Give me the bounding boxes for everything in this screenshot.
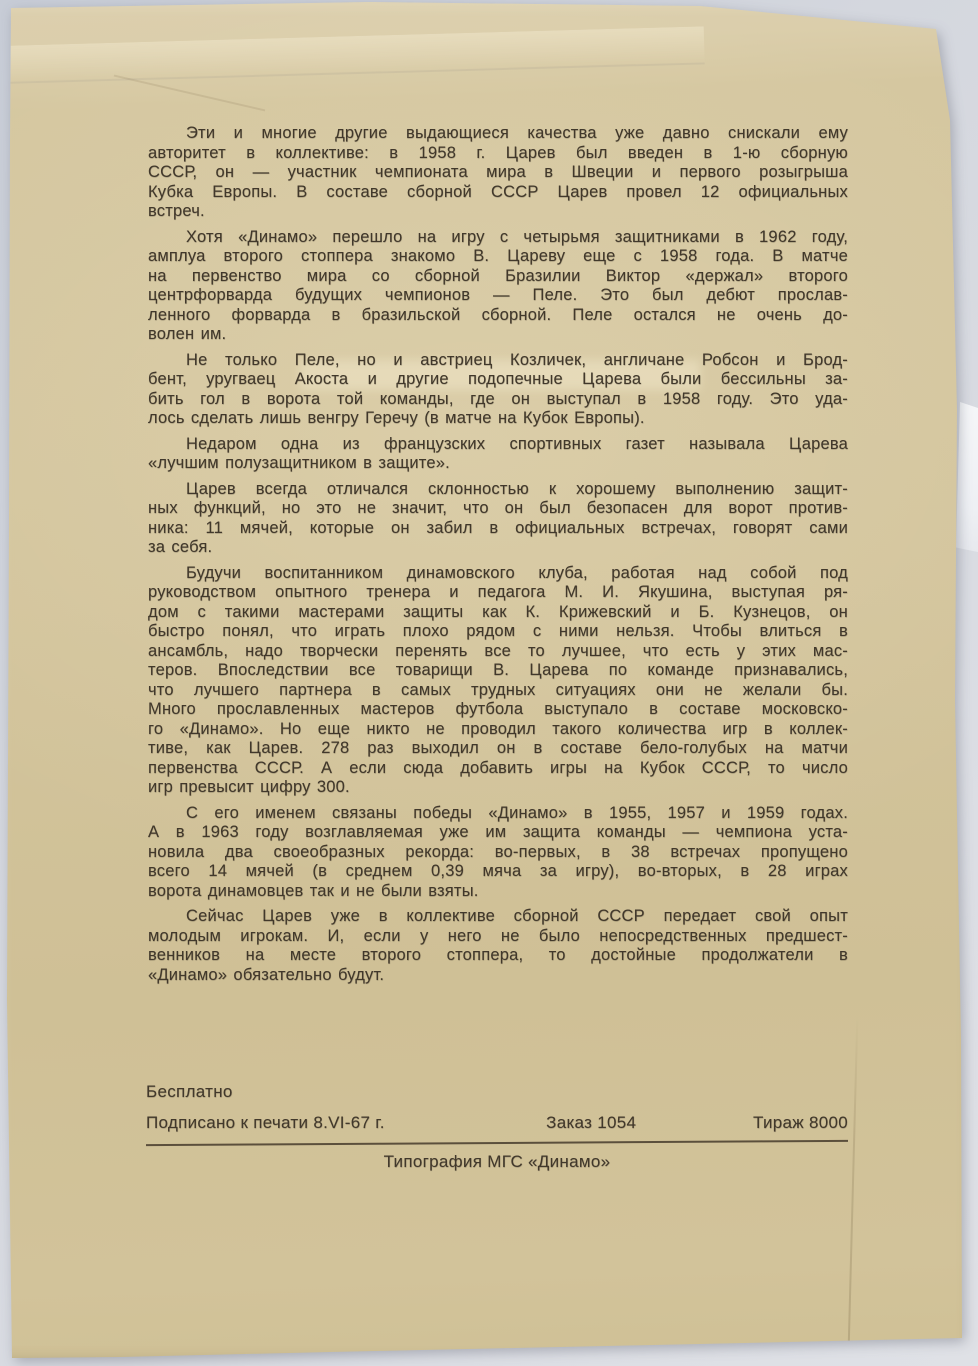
text-line: молодым игрокам. И, если у него не было … [148,927,848,947]
fold-crease-top [0,26,705,84]
text-line: встреч. [148,202,848,222]
paragraph: Хотя «Динамо» перешло на игру с четырьмя… [148,228,848,345]
text-line: руководством опытного тренера и педагога… [148,583,848,603]
text-line: авторитет в коллективе: в 1958 г. Царев … [148,144,848,164]
text-line: С его именем связаны победы «Динамо» в 1… [148,804,848,824]
fold-crease-diagonal [114,75,265,112]
signed-to-print-label: Подписано к печати 8.VI-67 г. [146,1113,546,1133]
paper-sheet: Эти и многие другие выдающиеся качества … [0,0,978,1366]
text-line: игр превысит цифру 300. [148,778,848,798]
text-line: центрфорварда будущих чемпионов — Пеле. … [148,286,848,306]
text-line: Сейчас Царев уже в коллективе сборной СС… [148,907,848,927]
text-line: Эти и многие другие выдающиеся качества … [148,124,848,144]
print-run: Тираж 8000 [753,1113,848,1133]
text-line: теров. Впоследствии все товарищи В. Царе… [148,661,848,681]
text-line: ника: 11 мячей, которые он забил в офици… [148,519,848,539]
paragraph: Не только Пеле, но и австриец Козличек, … [148,351,848,429]
text-line: амплуа второго стоппера знакомо В. Царев… [148,247,848,267]
imprint-row: Подписано к печати 8.VI-67 г. Заказ 1054… [146,1113,848,1133]
divider-rule [146,1140,848,1146]
text-line: Хотя «Динамо» перешло на игру с четырьмя… [148,228,848,248]
text-line: ленного форварда в бразильской сборной. … [148,306,848,326]
paragraph: Эти и многие другие выдающиеся качества … [148,124,848,222]
text-line: Будучи воспитанником динамовского клуба,… [148,564,848,584]
paragraph: Сейчас Царев уже в коллективе сборной СС… [148,907,848,985]
paragraph: Будучи воспитанником динамовского клуба,… [148,564,848,798]
text-line: что лучшего партнера в самых трудных сит… [148,681,848,701]
text-line: Много прославленных мастеров футбола выс… [148,700,848,720]
text-line: Кубка Европы. В составе сборной СССР Цар… [148,183,848,203]
paragraph: Недаром одна из французских спортивных г… [148,435,848,474]
scanned-page: Эти и многие другие выдающиеся качества … [0,0,978,1366]
order-number: Заказ 1054 [546,1113,636,1133]
paragraph: С его именем связаны победы «Динамо» в 1… [148,804,848,902]
paragraph: Царев всегда отличался склонностью к хор… [148,480,848,558]
text-line: Не только Пеле, но и австриец Козличек, … [148,351,848,371]
fold-crease-vertical [848,1015,859,1350]
text-line: ных функций, но это не значит, что он бы… [148,499,848,519]
text-line: «Динамо» обязательно будут. [148,966,848,986]
text-line: тиве, как Царев. 278 раз выходил он в со… [148,739,848,759]
free-distribution-label: Бесплатно [146,1082,848,1102]
paper-sheet-wrap: Эти и многие другие выдающиеся качества … [0,0,978,1366]
text-line: Царев всегда отличался склонностью к хор… [148,480,848,500]
text-line: го «Динамо». Но еще никто не проводил та… [148,720,848,740]
text-line: СССР, он — участник чемпионата мира в Шв… [148,163,848,183]
text-line: лось сделать лишь венгру Геречу (в матче… [148,409,848,429]
text-line: первенства СССР. А если сюда добавить иг… [148,759,848,779]
text-line: бить гол в ворота той команды, где он вы… [148,390,848,410]
text-line: Недаром одна из французских спортивных г… [148,435,848,455]
text-line: всего 14 мячей (в среднем 0,39 мяча за и… [148,862,848,882]
text-line: бент, уругваец Акоста и другие подопечны… [148,370,848,390]
text-line: ансамбль, надо творчески перенять все то… [148,642,848,662]
text-line: на первенство мира со сборной Бразилии В… [148,267,848,287]
text-line: за себя. [148,538,848,558]
footer: Бесплатно Подписано к печати 8.VI-67 г. … [146,1082,848,1172]
text-block: Эти и многие другие выдающиеся качества … [148,124,848,991]
text-line: ворота динамовцев так и не были взяты. [148,882,848,902]
text-line: «лучшим полузащитником в защите». [148,454,848,474]
text-line: венников на месте второго стоппера, то д… [148,946,848,966]
text-line: новила два своеобразных рекорда: во-перв… [148,843,848,863]
typography-imprint: Типография МГС «Динамо» [146,1152,848,1172]
text-line: дом с такими мастерами защиты как К. Кри… [148,603,848,623]
text-line: волен им. [148,325,848,345]
text-line: А в 1963 году возглавляемая уже им защит… [148,823,848,843]
text-line: быстро понял, что играть плохо рядом с н… [148,622,848,642]
